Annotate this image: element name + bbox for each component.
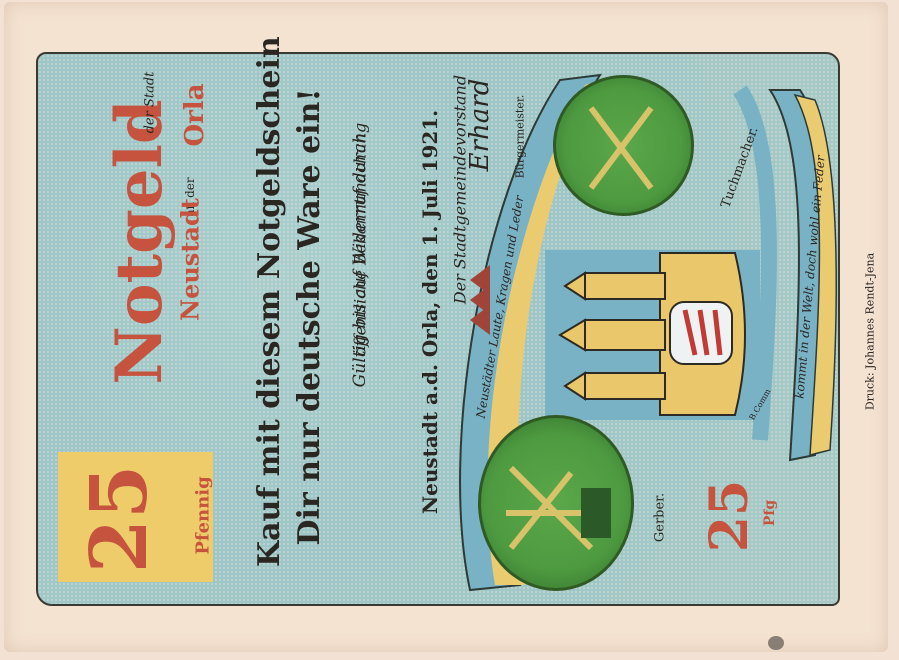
city-name: Neustadt xyxy=(176,190,205,330)
city-prefix: der Stadt xyxy=(143,63,158,143)
date-line: Neustadt a.d. Orla, den 1. Juli 1921. xyxy=(418,102,442,522)
signature: Erhard xyxy=(465,60,495,190)
guild-label-gerber: Gerber. xyxy=(653,478,668,558)
seal-gerber xyxy=(478,415,634,591)
printer-imprint: Druck: Johannes Rendt-Jena xyxy=(864,202,877,462)
denomination-value: 25 xyxy=(81,459,159,579)
river-name: Orla xyxy=(180,70,210,160)
small-denomination-value: 25 xyxy=(704,466,756,566)
note-title: Notgeld xyxy=(108,62,172,422)
castle-coat-of-arms xyxy=(545,245,760,425)
slogan-line-2: Dir nur deutsche Ware ein! xyxy=(293,67,327,567)
slogan-line-1: Kauf mit diesem Notgeldschein xyxy=(253,67,287,567)
denomination-unit: Pfennig xyxy=(193,461,214,571)
validity-line-2: öffentliche Bekanntmachung xyxy=(351,90,370,390)
small-denomination-unit: Pfg xyxy=(762,488,778,538)
seal-tuchmacher xyxy=(553,75,694,216)
